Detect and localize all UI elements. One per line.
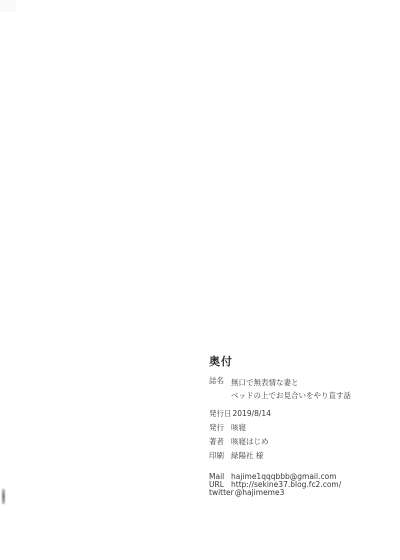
scan-corner-artifact xyxy=(0,0,16,12)
book-title-value: 無口で無表情な妻と ベッドの上でお見合いをやり直す話 xyxy=(231,376,351,402)
printer-value: 緑陽社 様 xyxy=(231,451,263,460)
book-title-label: 誌名 xyxy=(209,376,230,402)
author-label: 著者 xyxy=(209,437,230,446)
page-edge-number-mark xyxy=(2,489,5,504)
printer-row: 印刷 緑陽社 様 xyxy=(209,451,263,460)
twitter-label: twitter xyxy=(209,489,234,497)
book-title-row: 誌名 無口で無表情な妻と ベッドの上でお見合いをやり直す話 xyxy=(209,376,351,402)
book-title-line1: 無口で無表情な妻と xyxy=(231,378,299,387)
publisher-value: 咳寝 xyxy=(231,423,246,432)
twitter-row: twitter @hajimeme3 xyxy=(209,489,284,497)
colophon-heading: 奥付 xyxy=(209,353,233,369)
scanned-colophon-page: 奥付 誌名 無口で無表情な妻と ベッドの上でお見合いをやり直す話 発行日 201… xyxy=(0,0,400,560)
publish-date-label: 発行日 xyxy=(209,409,232,418)
publish-date-value: 2019/8/14 xyxy=(233,409,271,418)
twitter-handle: @hajimeme3 xyxy=(235,489,285,497)
author-value: 咳寝はじめ xyxy=(231,437,269,446)
author-row: 著者 咳寝はじめ xyxy=(209,437,269,446)
publisher-row: 発行 咳寝 xyxy=(209,423,246,432)
book-title-line2: ベッドの上でお見合いをやり直す話 xyxy=(231,391,351,400)
publisher-label: 発行 xyxy=(209,423,230,432)
publish-date-row: 発行日 2019/8/14 xyxy=(209,409,271,418)
printer-label: 印刷 xyxy=(209,451,230,460)
